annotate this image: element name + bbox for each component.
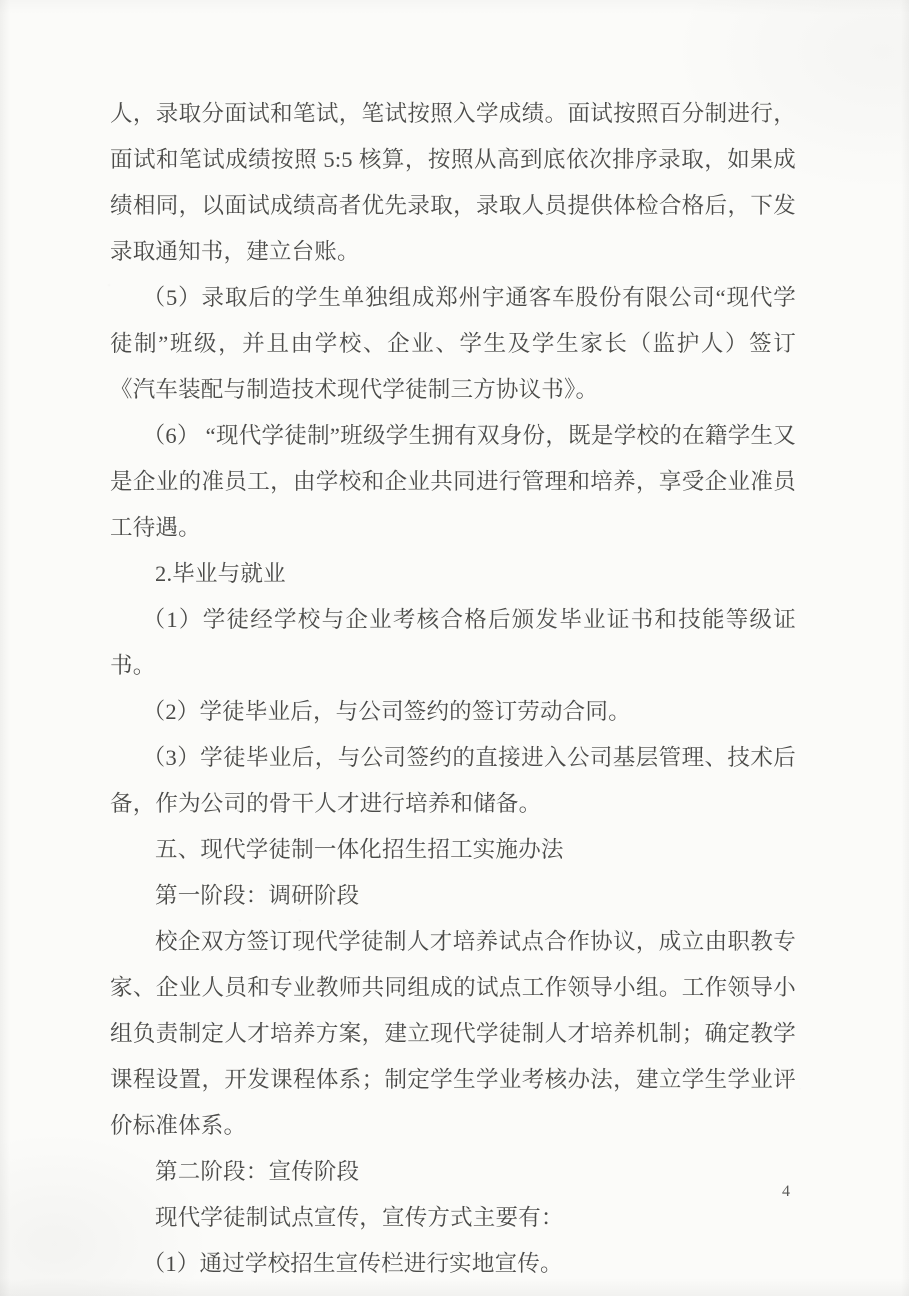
- paragraph-item-5-class-formation: （5）录取后的学生单独组成郑州宇通客车股份有限公司“现代学徒制”班级，并且由学校…: [110, 275, 796, 413]
- paragraph-item-6-dual-identity: （6） “现代学徒制”班级学生拥有双身份，既是学校的在籍学生又是企业的准员工，由…: [110, 413, 796, 551]
- paragraph-phase-1-details: 校企双方签订现代学徒制人才培养试点合作协议，成立由职教专家、企业人员和专业教师共…: [110, 919, 796, 1149]
- heading-graduation-employment: 2.毕业与就业: [110, 551, 796, 597]
- heading-phase-1-research: 第一阶段：调研阶段: [110, 873, 796, 919]
- heading-section-5-implementation: 五、现代学徒制一体化招生招工实施办法: [110, 827, 796, 873]
- heading-phase-2-publicity: 第二阶段：宣传阶段: [110, 1149, 796, 1195]
- paragraph-publicity-item-1: （1）通过学校招生宣传栏进行实地宣传。: [110, 1241, 796, 1287]
- paragraph-publicity-methods: 现代学徒制试点宣传，宣传方式主要有：: [110, 1195, 796, 1241]
- document-body: 人，录取分面试和笔试，笔试按照入学成绩。面试按照百分制进行，面试和笔试成绩按照 …: [110, 91, 796, 1287]
- scanned-document-page: 人，录取分面试和笔试，笔试按照入学成绩。面试按照百分制进行，面试和笔试成绩按照 …: [0, 0, 909, 1296]
- paragraph-item-1-certificates: （1）学徒经学校与企业考核合格后颁发毕业证书和技能等级证书。: [110, 597, 796, 689]
- paragraph-item-3-career-path: （3）学徒毕业后，与公司签约的直接进入公司基层管理、技术后备，作为公司的骨干人才…: [110, 735, 796, 827]
- paragraph-admission-scoring: 人，录取分面试和笔试，笔试按照入学成绩。面试按照百分制进行，面试和笔试成绩按照 …: [110, 91, 796, 275]
- paragraph-item-2-labor-contract: （2）学徒毕业后，与公司签约的签订劳动合同。: [110, 689, 796, 735]
- page-number: 4: [782, 1182, 790, 1202]
